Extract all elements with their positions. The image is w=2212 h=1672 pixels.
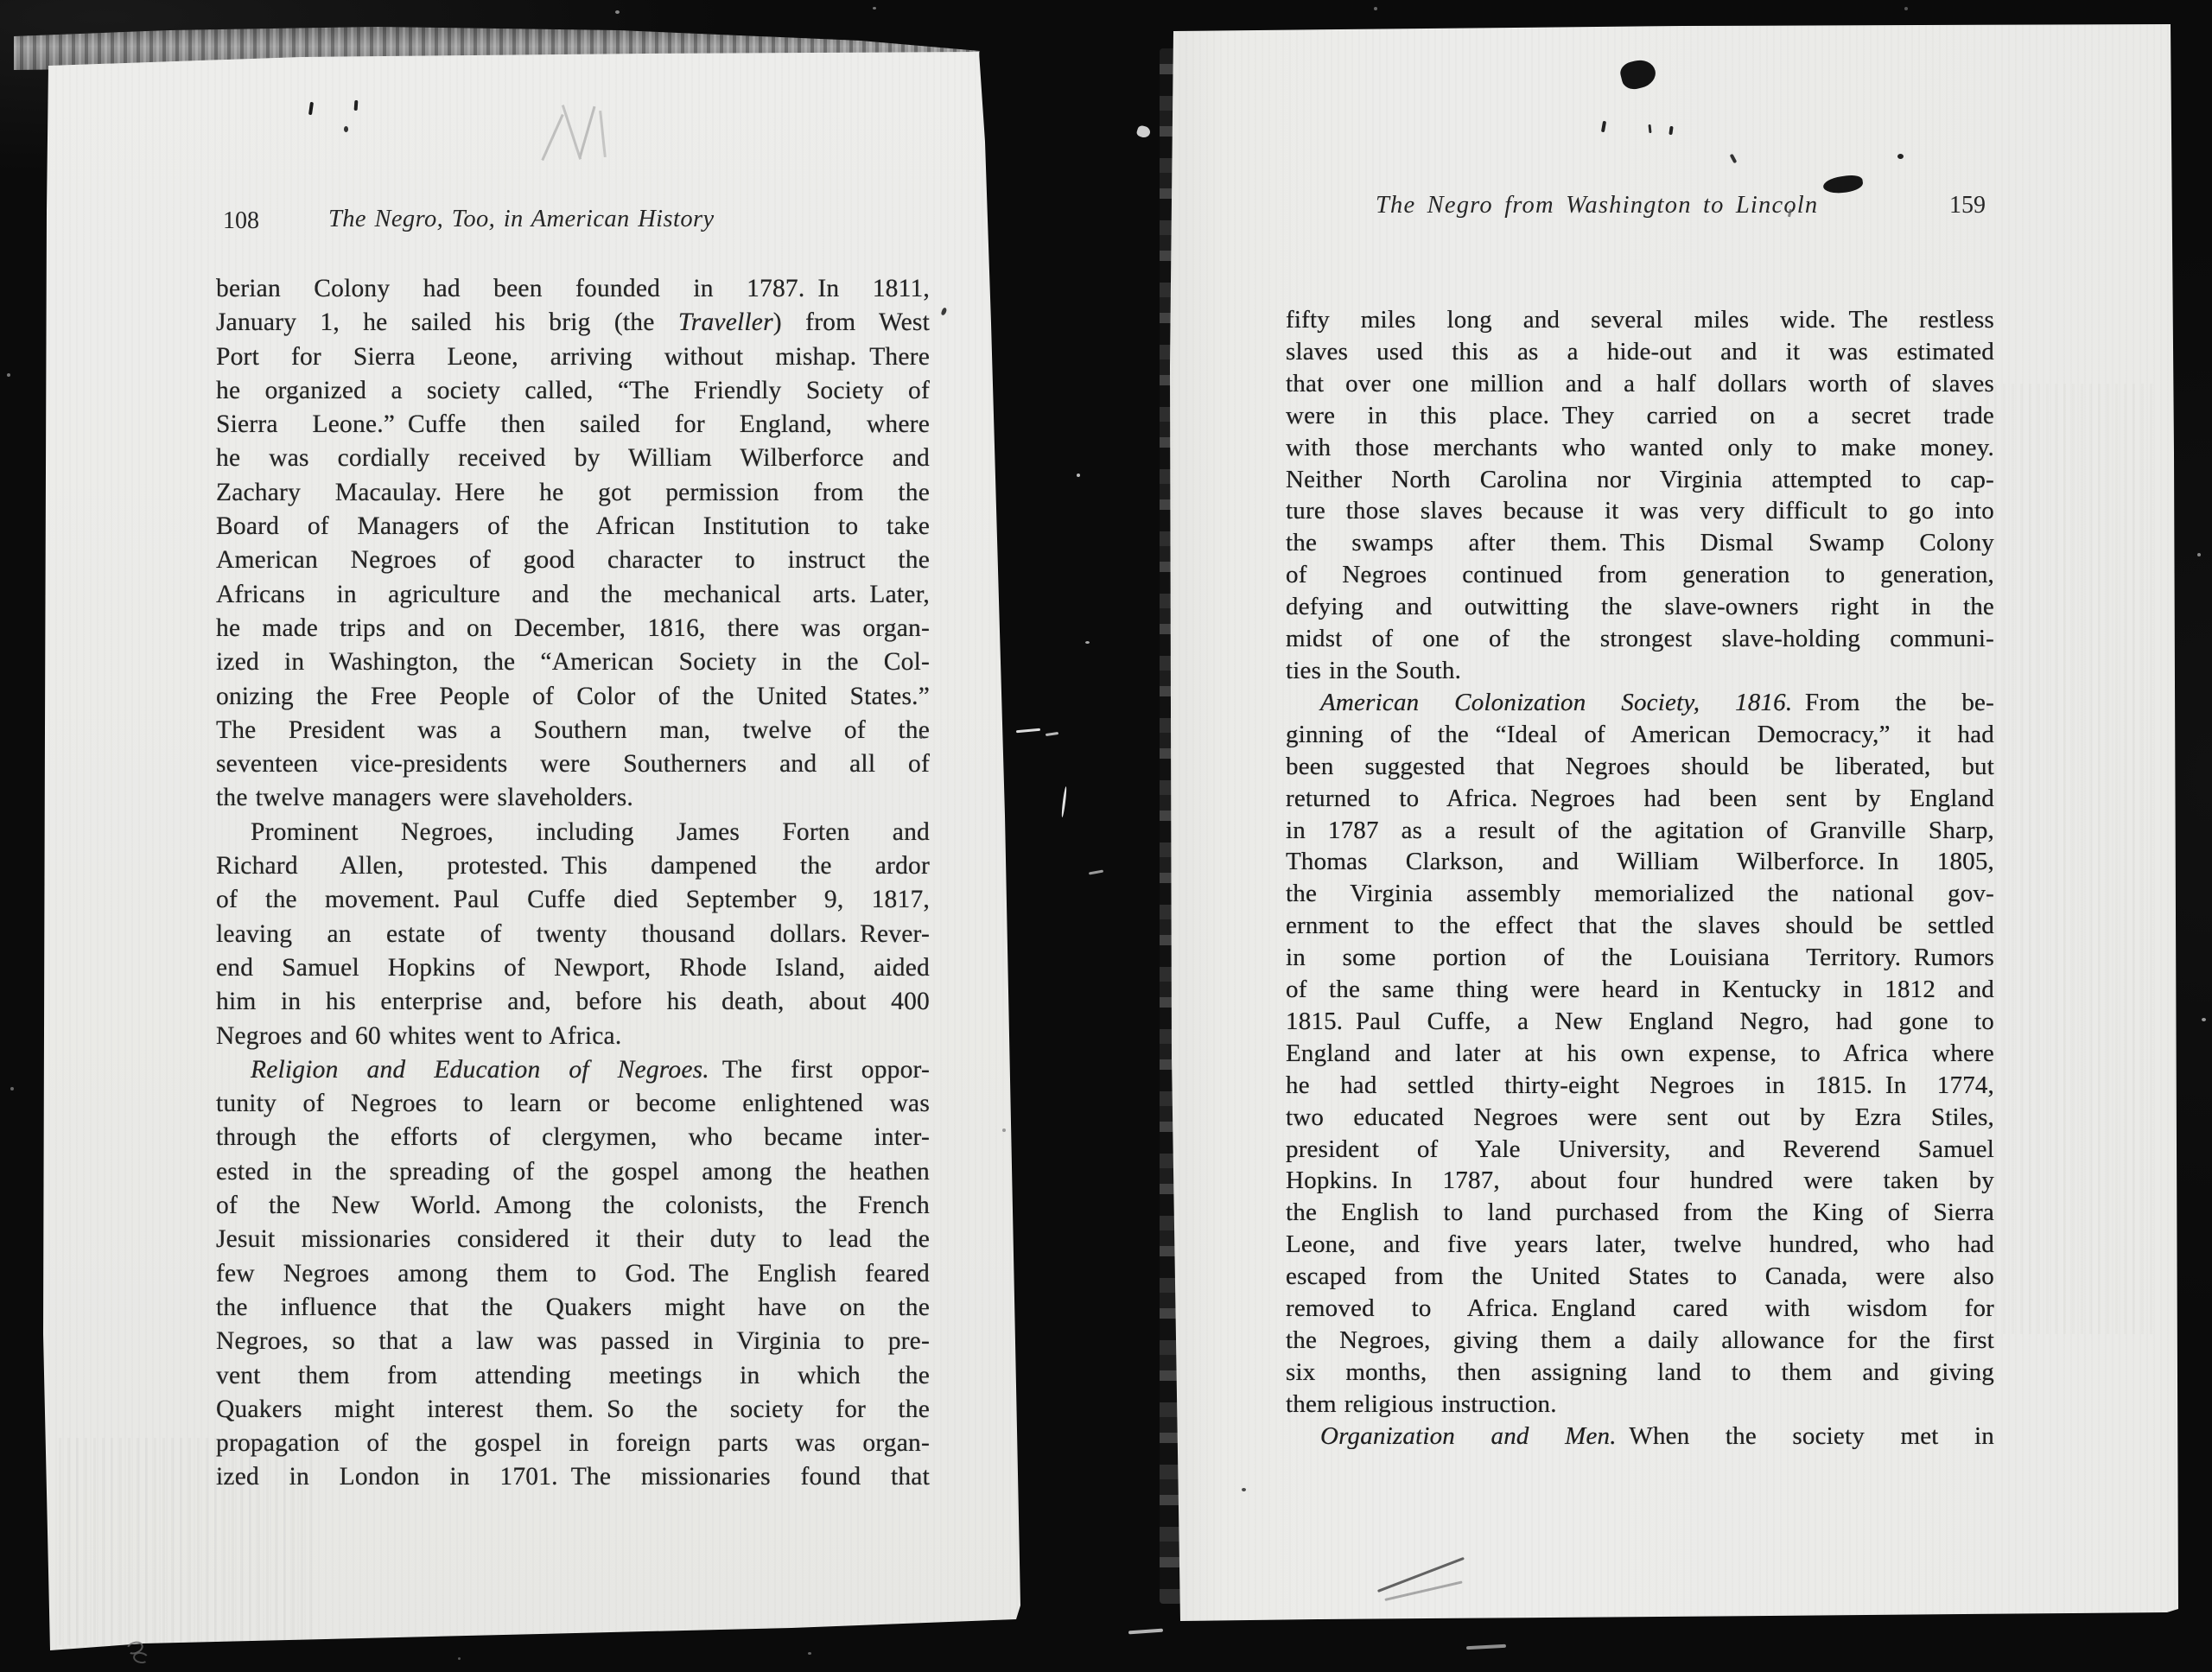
dust-fleck: [458, 1657, 461, 1660]
pencil-scribble: [132, 1651, 149, 1665]
left-running-title: The Negro, Too, in American History: [328, 206, 715, 233]
text-line: ture those slaves because it was very di…: [1286, 495, 1994, 527]
text-line: fifty miles long and several miles wide.…: [1286, 304, 1994, 336]
text-line: them religious instruction.: [1286, 1389, 1994, 1421]
text-line: slaves used this as a hide-out and it wa…: [1286, 336, 1994, 368]
text-line: propagation of the gospel in foreign par…: [216, 1427, 930, 1460]
stray-ink-dot: [1897, 154, 1904, 159]
text-line: Negroes, so that a law was passed in Vir…: [216, 1325, 930, 1358]
right-page-scan: The Negro from Washington to Lincoln 159…: [1165, 21, 2181, 1628]
text-line: Neither North Carolina nor Virginia atte…: [1286, 464, 1994, 496]
stray-ink-tick: [354, 100, 359, 111]
text-line: in 1787 as a result of the agitation of …: [1286, 815, 1994, 847]
scratch-line: [1016, 728, 1040, 733]
text-line: Organization and Men. When the society m…: [1286, 1421, 1994, 1453]
text-line: Africans in agriculture and the mechanic…: [216, 578, 930, 612]
dust-fleck: [1374, 7, 1377, 10]
scratch-line: [1466, 1644, 1506, 1650]
text-line: president of Yale University, and Revere…: [1286, 1134, 1994, 1166]
text-line: two educated Negroes were sent out by Ez…: [1286, 1102, 1994, 1134]
text-line: Negroes and 60 whites went to Africa.: [216, 1020, 930, 1053]
text-line: the swamps after them. This Dismal Swamp…: [1286, 527, 1994, 559]
text-line: that over one million and a half dollars…: [1286, 368, 1994, 400]
text-line: American Negroes of good character to in…: [216, 544, 930, 577]
stray-ink-dot: [1242, 1488, 1246, 1491]
text-line: with those merchants who wanted only to …: [1286, 432, 1994, 464]
text-line: removed to Africa. England cared with wi…: [1286, 1293, 1994, 1325]
dust-fleck: [2197, 553, 2201, 556]
text-line: defying and outwitting the slave-owners …: [1286, 591, 1994, 623]
text-line: were in this place. They carried on a se…: [1286, 400, 1994, 432]
text-line: in some portion of the Louisiana Territo…: [1286, 942, 1994, 974]
text-line: the influence that the Quakers might hav…: [216, 1291, 930, 1325]
text-line: 1815. Paul Cuffe, a New England Negro, h…: [1286, 1006, 1994, 1038]
scratch-line: [1128, 1629, 1163, 1635]
left-page-number: 108: [223, 207, 259, 235]
stray-ink-tick: [308, 102, 314, 115]
text-line: the twelve managers were slaveholders.: [216, 781, 930, 815]
left-page-scan: 108 The Negro, Too, in American History …: [41, 38, 1027, 1652]
dust-fleck: [1077, 474, 1080, 477]
right-page-text: fifty miles long and several miles wide.…: [1286, 304, 1994, 1453]
text-line: Leone, and five years later, twelve hund…: [1286, 1229, 1994, 1261]
stray-ink-dash: [1730, 154, 1738, 164]
scratch-line: [1046, 732, 1058, 736]
text-line: of Negroes continued from generation to …: [1286, 559, 1994, 591]
scanned-book-spread: 108 The Negro, Too, in American History …: [0, 0, 2212, 1672]
left-page-text: berian Colony had been founded in 1787. …: [216, 272, 930, 1495]
text-line: few Negroes among them to God. The Engli…: [216, 1257, 930, 1291]
dust-fleck: [10, 1087, 14, 1090]
text-line: he was cordially received by William Wil…: [216, 442, 930, 475]
text-line: the English to land purchased from the K…: [1286, 1197, 1994, 1229]
text-line: vent them from attending meetings in whi…: [216, 1359, 930, 1393]
text-line: of the same thing were heard in Kentucky…: [1286, 974, 1994, 1006]
text-line: American Colonization Society, 1816. Fro…: [1286, 687, 1994, 719]
ink-smudge: [1822, 174, 1864, 195]
dust-fleck: [1085, 641, 1090, 644]
text-line: ginning of the “Ideal of American Democr…: [1286, 719, 1994, 751]
text-line: escaped from the United States to Canada…: [1286, 1261, 1994, 1293]
text-line: Hopkins. In 1787, about four hundred wer…: [1286, 1165, 1994, 1197]
text-line: Sierra Leone.” Cuffe then sailed for Eng…: [216, 408, 930, 442]
text-line: been suggested that Negroes should be li…: [1286, 751, 1994, 783]
pencil-check-mark: [1377, 1557, 1465, 1593]
text-line: midst of one of the strongest slave-hold…: [1286, 623, 1994, 655]
text-line: berian Colony had been founded in 1787. …: [216, 272, 930, 306]
pencil-check-mark: [1384, 1580, 1462, 1601]
dust-fleck: [1135, 124, 1151, 139]
pencil-scribble: [541, 88, 623, 157]
right-running-title: The Negro from Washington to Lincoln: [1376, 192, 1818, 219]
text-line: the Negroes, giving them a daily allowan…: [1286, 1325, 1994, 1357]
text-line: the Virginia assembly memorialized the n…: [1286, 878, 1994, 910]
text-line: Religion and Education of Negroes. The f…: [216, 1053, 930, 1087]
text-line: he organized a society called, “The Frie…: [216, 374, 930, 408]
text-line: through the efforts of clergymen, who be…: [216, 1121, 930, 1154]
text-line: leaving an estate of twenty thousand dol…: [216, 918, 930, 951]
text-line: returned to Africa. Negroes had been sen…: [1286, 783, 1994, 815]
text-line: Zachary Macaulay. Here he got permission…: [216, 476, 930, 510]
text-line: Jesuit missionaries considered it their …: [216, 1223, 930, 1256]
text-line: tunity of Negroes to learn or become enl…: [216, 1087, 930, 1121]
text-line: ized in London in 1701. The missionaries…: [216, 1460, 930, 1494]
text-line: ties in the South.: [1286, 655, 1994, 687]
text-line: Quakers might interest them. So the soci…: [216, 1393, 930, 1427]
text-line: ernment to the effect that the slaves sh…: [1286, 910, 1994, 942]
text-line: ested in the spreading of the gospel amo…: [216, 1155, 930, 1189]
text-line: seventeen vice-presidents were Southerne…: [216, 747, 930, 781]
stray-ink-dot: [344, 126, 348, 132]
text-line: end Samuel Hopkins of Newport, Rhode Isl…: [216, 951, 930, 985]
text-line: The President was a Southern man, twelve…: [216, 714, 930, 747]
stray-ink-dot: [941, 307, 948, 315]
dust-fleck: [1904, 7, 1908, 10]
dust-fleck: [7, 373, 10, 377]
stray-ink-tick: [1669, 126, 1673, 135]
text-line: of the New World. Among the colonists, t…: [216, 1189, 930, 1223]
text-line: January 1, he sailed his brig (the Trave…: [216, 306, 930, 340]
text-line: Prominent Negroes, including James Forte…: [216, 816, 930, 849]
text-line: Board of Managers of the African Institu…: [216, 510, 930, 544]
text-line: England and later at his own expense, to…: [1286, 1038, 1994, 1070]
text-line: he made trips and on December, 1816, the…: [216, 612, 930, 645]
right-page-number: 159: [1949, 192, 1986, 219]
ink-smudge: [1618, 57, 1659, 92]
text-line: Richard Allen, protested. This dampened …: [216, 849, 930, 883]
text-line: he had settled thirty-eight Negroes in 1…: [1286, 1070, 1994, 1102]
text-line: Port for Sierra Leone, arriving without …: [216, 340, 930, 374]
scratch-line: [1089, 870, 1103, 875]
text-line: six months, then assigning land to them …: [1286, 1357, 1994, 1389]
dust-fleck: [808, 1652, 811, 1655]
text-line: of the movement. Paul Cuffe died Septemb…: [216, 883, 930, 917]
stray-ink-tick: [1648, 124, 1651, 133]
dust-fleck: [2202, 1018, 2206, 1021]
text-line: onizing the Free People of Color of the …: [216, 680, 930, 714]
stray-ink-tick: [1601, 121, 1606, 132]
scratch-line: [1061, 786, 1067, 817]
dust-fleck: [873, 7, 876, 10]
dust-fleck: [615, 10, 620, 14]
text-line: ized in Washington, the “American Societ…: [216, 645, 930, 679]
text-line: Thomas Clarkson, and William Wilberforce…: [1286, 846, 1994, 878]
text-line: him in his enterprise and, before his de…: [216, 985, 930, 1019]
